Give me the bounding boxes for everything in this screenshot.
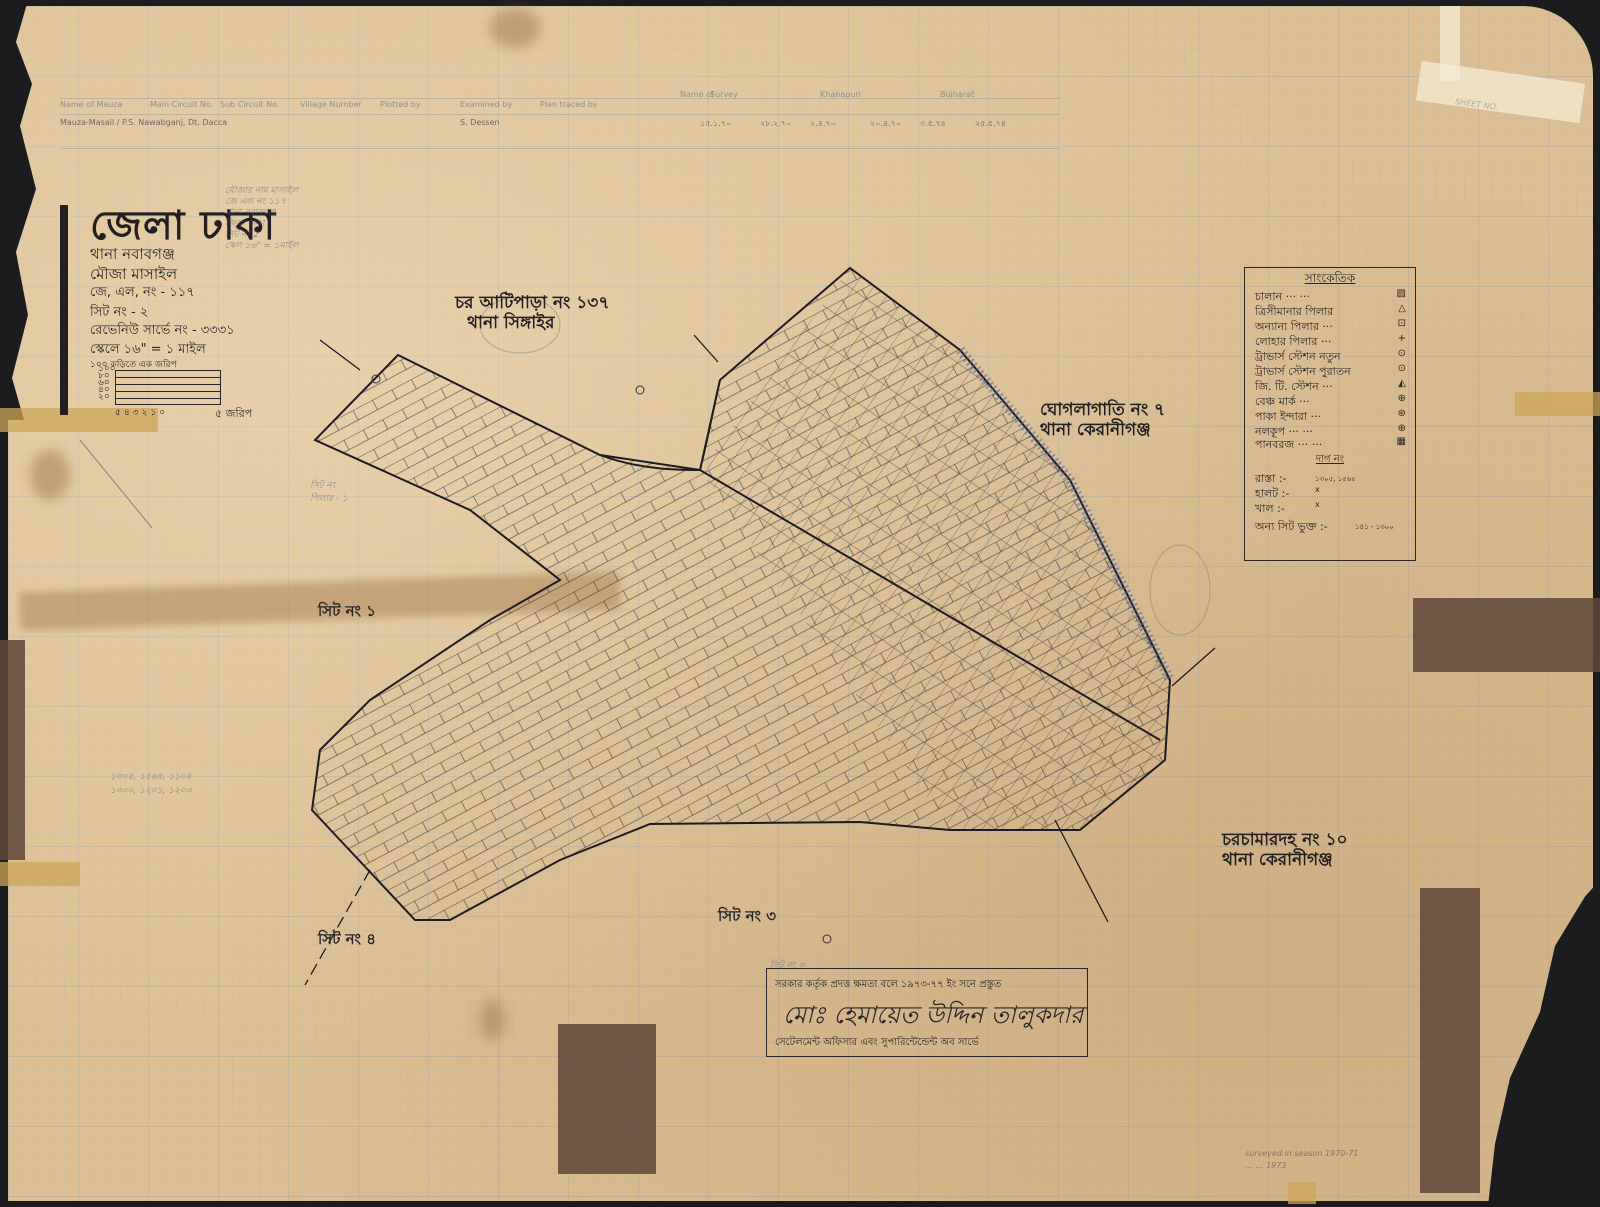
officer-signature: মোঃ হেমায়েত উদ্দিন তালুকদার — [783, 997, 1083, 1037]
legend-item: লোহার পিলার ···+ — [1255, 333, 1410, 348]
triangle-icon: △ — [1398, 303, 1406, 314]
betel-garden-icon: ▦ — [1397, 436, 1406, 447]
filled-triangle-icon: ◭ — [1398, 378, 1406, 389]
circle-dot-icon: ⊙ — [1398, 348, 1406, 359]
legend-item: ট্রাভার্স স্টেশন পুরাতন⊙ — [1255, 363, 1410, 378]
plus-icon: + — [1398, 333, 1406, 344]
dag-heading: দাগ নং — [1245, 452, 1415, 469]
sheet-label-southwest: সিট নং ৪ — [318, 928, 376, 953]
sheet-label-west: সিট নং ১ — [318, 600, 376, 625]
adjacent-mauza-north: চর আটিপাড়া নং ১৩৭ থানা সিঙ্গাইর — [455, 293, 609, 333]
legend-item: পানবরজ ··· ···▦ — [1255, 436, 1410, 451]
circle-dot-icon: ⊙ — [1398, 363, 1406, 374]
dotted-square-icon: ⊡ — [1398, 318, 1406, 329]
adjacent-mauza-southeast: চরচামারদহ নং ১০ থানা কেরানীগঞ্জ — [1222, 830, 1348, 870]
map-legend: সাংকেতিক চালান ··· ···▨ ত্রিসীমানার পিলা… — [1244, 267, 1416, 561]
legend-item: ত্রিসীমানার পিলার△ — [1255, 303, 1410, 318]
adjacent-mauza-east: ঘোগলাগাতি নং ৭ থানা কেরানীগঞ্জ — [1040, 400, 1165, 440]
legend-item: চালান ··· ···▨ — [1255, 288, 1410, 303]
legend-item: জি. টি. স্টেশন ···◭ — [1255, 378, 1410, 393]
legend-title: সাংকেতিক — [1245, 270, 1415, 290]
well-icon: ⊛ — [1398, 408, 1406, 419]
authority-line: সরকার কর্তৃক প্রদত্ত ক্ষমতা বলে ১৯৭৩-৭৭ … — [775, 977, 1001, 994]
map-sheet: Name of Mauza Main Circuit No. Sub Circu… — [0, 0, 1600, 1207]
dag-row: হালট :-x — [1255, 485, 1410, 500]
sheet-label-south: সিট নং ৩ — [718, 905, 776, 930]
hatched-box-icon: ▨ — [1397, 288, 1406, 299]
boundary-pointer — [320, 340, 360, 370]
dag-row: রাস্তা :-১৩০৫, ১৫৬৫ — [1255, 470, 1410, 485]
legend-item: অন্যান্য পিলার ···⊡ — [1255, 318, 1410, 333]
tubewell-icon: ⊕ — [1398, 423, 1406, 434]
legend-item: ট্রাভার্স স্টেশন নতুন⊙ — [1255, 348, 1410, 363]
legend-item: পাকা ইন্দারা ···⊛ — [1255, 408, 1410, 423]
benchmark-icon: ⊕ — [1398, 393, 1406, 404]
dag-row: অন্য সিট ভুক্ত :-১৪১ - ১৩০০ — [1255, 518, 1410, 533]
dag-row: খাল :-x — [1255, 500, 1410, 515]
legend-item: বেঞ্চ মার্ক ···⊕ — [1255, 393, 1410, 408]
officer-title: সেটেলমেন্ট অফিসার এবং সুপারিন্টেন্ডেন্ট … — [775, 1035, 979, 1052]
signature-block: সরকার কর্তৃক প্রদত্ত ক্ষমতা বলে ১৯৭৩-৭৭ … — [766, 968, 1088, 1057]
